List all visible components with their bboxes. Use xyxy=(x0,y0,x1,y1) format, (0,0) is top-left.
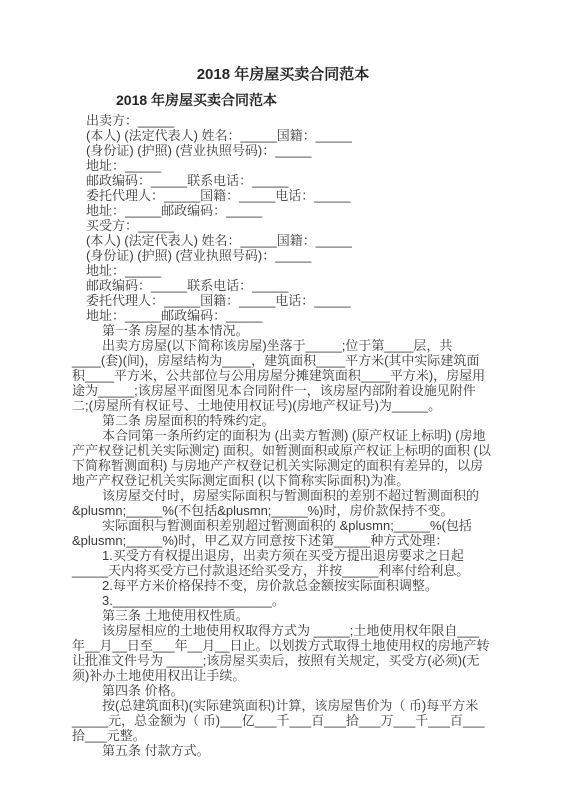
contract-field-line: (身份证) (护照) (营业执照号码)：_____ xyxy=(72,143,492,158)
clause-heading: 第四条 价格。 xyxy=(72,683,492,698)
page-title: 2018 年房屋买卖合同范本 xyxy=(0,0,566,84)
contract-paragraph: 该房屋交付时，房屋实际面积与暂测面积的差别不超过暂测面积的&plusmn;___… xyxy=(72,488,492,518)
clause-heading: 第一条 房屋的基本情况。 xyxy=(72,323,492,338)
contract-field-line: 地址：_____ xyxy=(72,158,492,173)
contract-field-line: 出卖方：_____ xyxy=(72,113,492,128)
contract-field-line: 买受方：_____ xyxy=(72,218,492,233)
contract-field-line: (本人) (法定代表人) 姓名：_____国籍：_____ xyxy=(72,233,492,248)
clause-heading: 第三条 土地使用权性质。 xyxy=(72,608,492,623)
contract-body: 2018 年房屋买卖合同范本 出卖方：_____ (本人) (法定代表人) 姓名… xyxy=(0,84,566,758)
contract-field-line: (身份证) (护照) (营业执照号码)：_____ xyxy=(72,248,492,263)
contract-paragraph: 1.买受方有权提出退房，出卖方须在买受方提出退房要求之日起 _____天内将买受… xyxy=(72,548,492,578)
contract-field-line: 委托代理人：_____国籍：_____电话：_____ xyxy=(72,293,492,308)
contract-field-line: (本人) (法定代表人) 姓名：_____国籍：_____ xyxy=(72,128,492,143)
contract-field-line: 委托代理人：_____国籍：_____电话：_____ xyxy=(72,188,492,203)
contract-field-line: 地址：_____ xyxy=(72,263,492,278)
contract-paragraph: 2.每平方米价格保持不变，房价款总金额按实际面积调整。 xyxy=(72,578,492,593)
contract-paragraph: 3.______________________。 xyxy=(72,593,492,608)
contract-subtitle: 2018 年房屋买卖合同范本 xyxy=(72,92,492,109)
contract-paragraph: 该房屋相应的土地使用权取得方式为 _____;土地使用权年限自___年__月__… xyxy=(72,623,492,683)
contract-paragraph: 本合同第一条所约定的面积为 (出卖方暂测) (原产权证上标明) (房地产产权登记… xyxy=(72,428,492,488)
contract-field-line: 地址：_____邮政编码：_____ xyxy=(72,203,492,218)
document-page: 2018 年房屋买卖合同范本 2018 年房屋买卖合同范本 出卖方：_____ … xyxy=(0,0,566,800)
contract-field-line: 地址：_____邮政编码：_____ xyxy=(72,308,492,323)
contract-field-line: 邮政编码：_____联系电话：_____ xyxy=(72,278,492,293)
contract-paragraph: 出卖方房屋(以下简称该房屋)坐落于_____;位于第____层，共____(套)… xyxy=(72,338,492,413)
clause-heading: 第二条 房屋面积的特殊约定。 xyxy=(72,413,492,428)
contract-paragraph: 按(总建筑面积)(实际建筑面积)计算，该房屋售价为（ 币)每平方米_____元，… xyxy=(72,698,492,743)
contract-field-line: 邮政编码：_____联系电话：_____ xyxy=(72,173,492,188)
clause-heading: 第五条 付款方式。 xyxy=(72,743,492,758)
contract-paragraph: 实际面积与暂测面积差别超过暂测面积的 &plusmn;_____%(包括&plu… xyxy=(72,518,492,548)
